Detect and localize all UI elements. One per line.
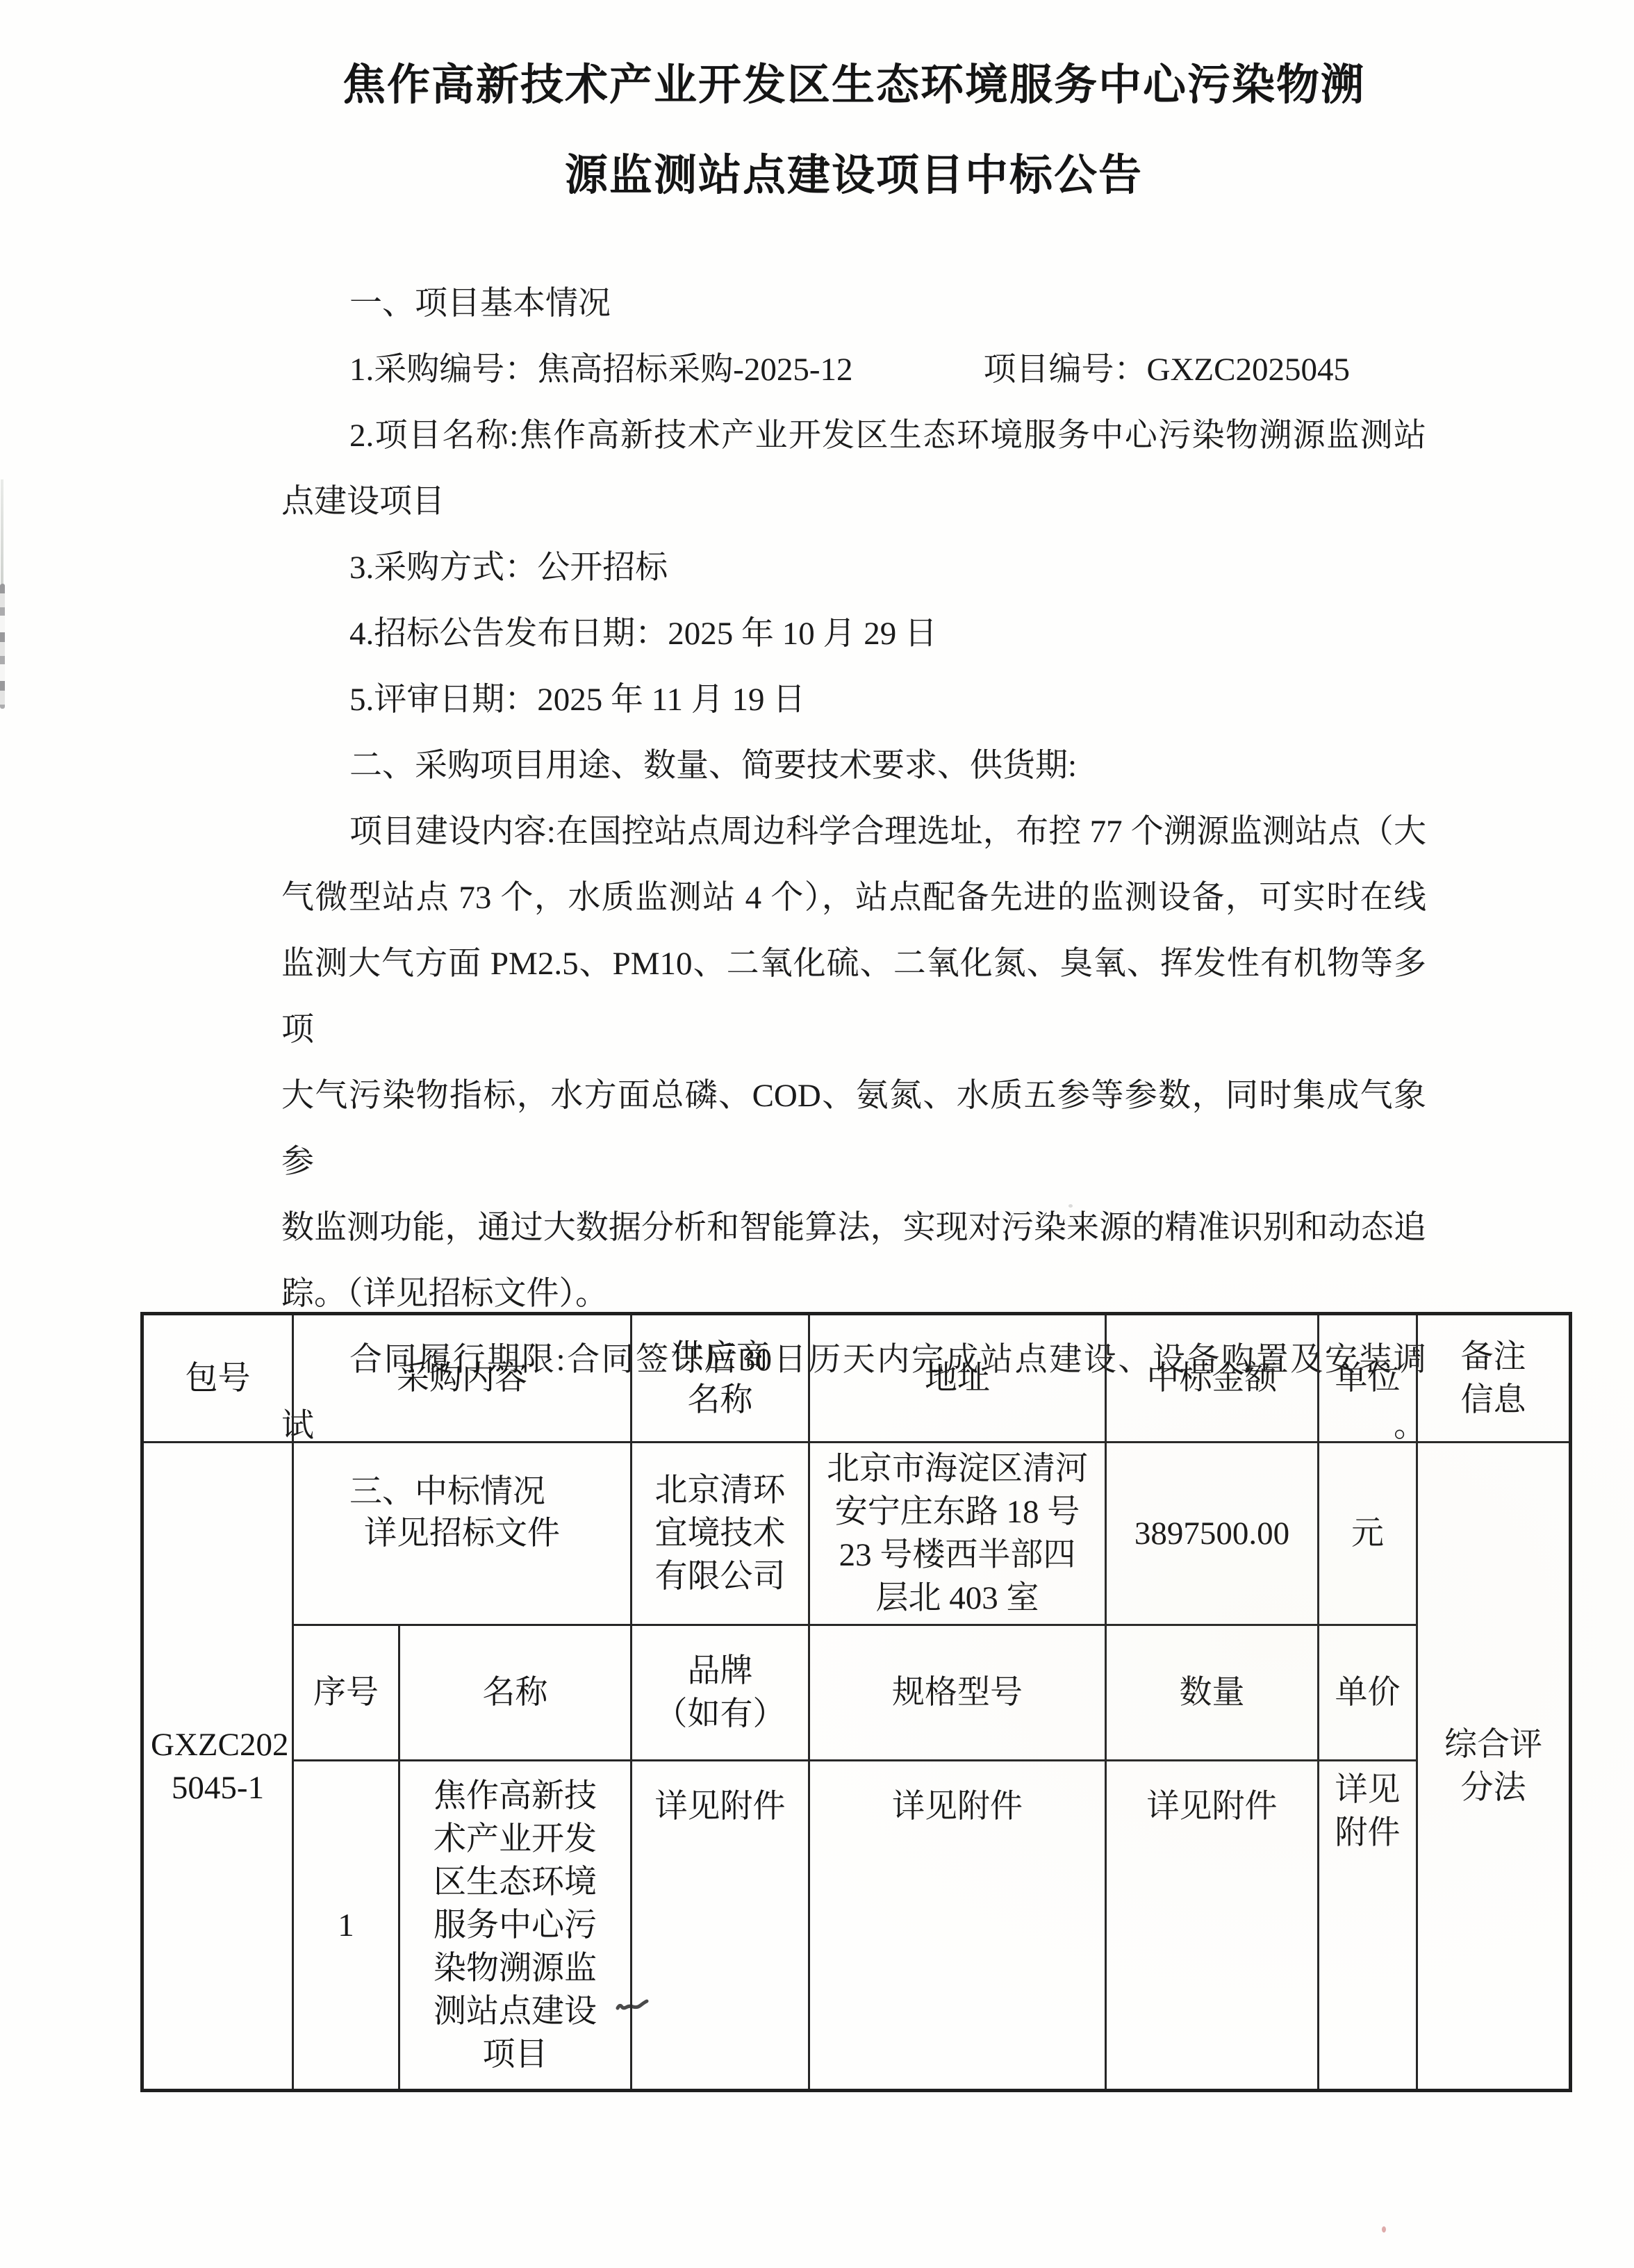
body-line-content-4: 大气污染物指标，水方面总磷、COD、氨氮、水质五参等参数，同时集成气象参	[281, 1063, 1426, 1195]
cell-package-no: GXZC202 5045-1	[142, 1443, 293, 2091]
cell-item-spec: 详见附件	[809, 1761, 1106, 2091]
scanned-document-page: 焦作高新技术产业开发区生态环境服务中心污染物溯 源监测站点建设项目中标公告 一、…	[0, 0, 1634, 2268]
section-2-heading: 二、采购项目用途、数量、简要技术要求、供货期:	[281, 733, 1426, 799]
th-quantity: 数量	[1106, 1625, 1319, 1761]
th-supplier-name: 供应商 名称	[632, 1314, 809, 1443]
document-title-line-1: 焦作高新技术产业开发区生态环境服务中心污染物溯	[281, 50, 1426, 112]
cell-item-name: 焦作高新技 术产业开发 区生态环境 服务中心污 染物溯源监 测站点建设 项目	[399, 1761, 632, 2091]
item-header-row: 序号 名称 品牌 （如有） 规格型号 数量 单价	[142, 1625, 1571, 1761]
award-result-table: 包号 采购内容 供应商 名称 地址 中标金额 单位 备注 信息 GXZC202 …	[140, 1312, 1572, 2092]
cell-item-brand: 详见附件	[632, 1761, 809, 2091]
cell-remark: 综合评 分法	[1417, 1443, 1571, 2091]
th-item-name: 名称	[399, 1625, 632, 1761]
document-title-line-2: 源监测站点建设项目中标公告	[281, 140, 1426, 202]
th-remark-info: 备注 信息	[1417, 1314, 1571, 1443]
body-line-method: 3.采购方式：公开招标	[281, 535, 1426, 601]
body-line-content-3: 监测大气方面 PM2.5、PM10、二氧化硫、二氧化氮、臭氧、挥发性有机物等多项	[281, 931, 1426, 1063]
handwritten-mark-icon	[616, 1994, 649, 2015]
body-line-announce-date: 4.招标公告发布日期：2025 年 10 月 29 日	[281, 601, 1426, 667]
cell-content: 详见招标文件	[293, 1443, 632, 1625]
th-spec-model: 规格型号	[809, 1625, 1106, 1761]
scan-speck	[1382, 2226, 1386, 2233]
body-line-project-name-1: 2.项目名称:焦作高新技术产业开发区生态环境服务中心污染物溯源监测站	[281, 403, 1426, 469]
th-brand: 品牌 （如有）	[632, 1625, 809, 1761]
th-unit: 单位	[1319, 1314, 1417, 1443]
cell-item-seq: 1	[293, 1761, 399, 2091]
body-line-review-date: 5.评审日期：2025 年 11 月 19 日	[281, 667, 1426, 733]
cell-address: 北京市海淀区清河 安宁庄东路 18 号 23 号楼西半部四 层北 403 室	[809, 1443, 1106, 1625]
award-summary-row: GXZC202 5045-1 详见招标文件 北京清环 宜境技术 有限公司 北京市…	[142, 1443, 1571, 1625]
body-line-procurement-no: 1.采购编号：焦高招标采购-2025-12 项目编号：GXZC2025045	[281, 337, 1426, 403]
th-seq: 序号	[293, 1625, 399, 1761]
cell-amount: 3897500.00	[1106, 1443, 1319, 1625]
table-header-row: 包号 采购内容 供应商 名称 地址 中标金额 单位 备注 信息	[142, 1314, 1571, 1443]
item-data-row: 1 焦作高新技 术产业开发 区生态环境 服务中心污 染物溯源监 测站点建设 项目…	[142, 1761, 1571, 2091]
th-address: 地址	[809, 1314, 1106, 1443]
cell-item-price: 详见 附件	[1319, 1761, 1417, 2091]
cell-unit: 元	[1319, 1443, 1417, 1625]
scan-edge-artifact	[0, 584, 5, 709]
th-unit-price: 单价	[1319, 1625, 1417, 1761]
th-award-amount: 中标金额	[1106, 1314, 1319, 1443]
section-1-heading: 一、项目基本情况	[281, 271, 1426, 337]
body-line-project-name-2: 点建设项目	[281, 469, 1426, 535]
body-line-content-2: 气微型站点 73 个，水质监测站 4 个），站点配备先进的监测设备，可实时在线	[281, 865, 1426, 931]
th-content: 采购内容	[293, 1314, 632, 1443]
cell-item-quantity: 详见附件	[1106, 1761, 1319, 2091]
th-package: 包号	[142, 1314, 293, 1443]
body-line-content-5: 数监测功能，通过大数据分析和智能算法，实现对污染来源的精准识别和动态追	[281, 1195, 1426, 1261]
scan-edge-artifact	[1, 479, 3, 584]
cell-supplier: 北京清环 宜境技术 有限公司	[632, 1443, 809, 1625]
body-line-content-1: 项目建设内容:在国控站点周边科学合理选址，布控 77 个溯源监测站点（大	[281, 799, 1426, 865]
